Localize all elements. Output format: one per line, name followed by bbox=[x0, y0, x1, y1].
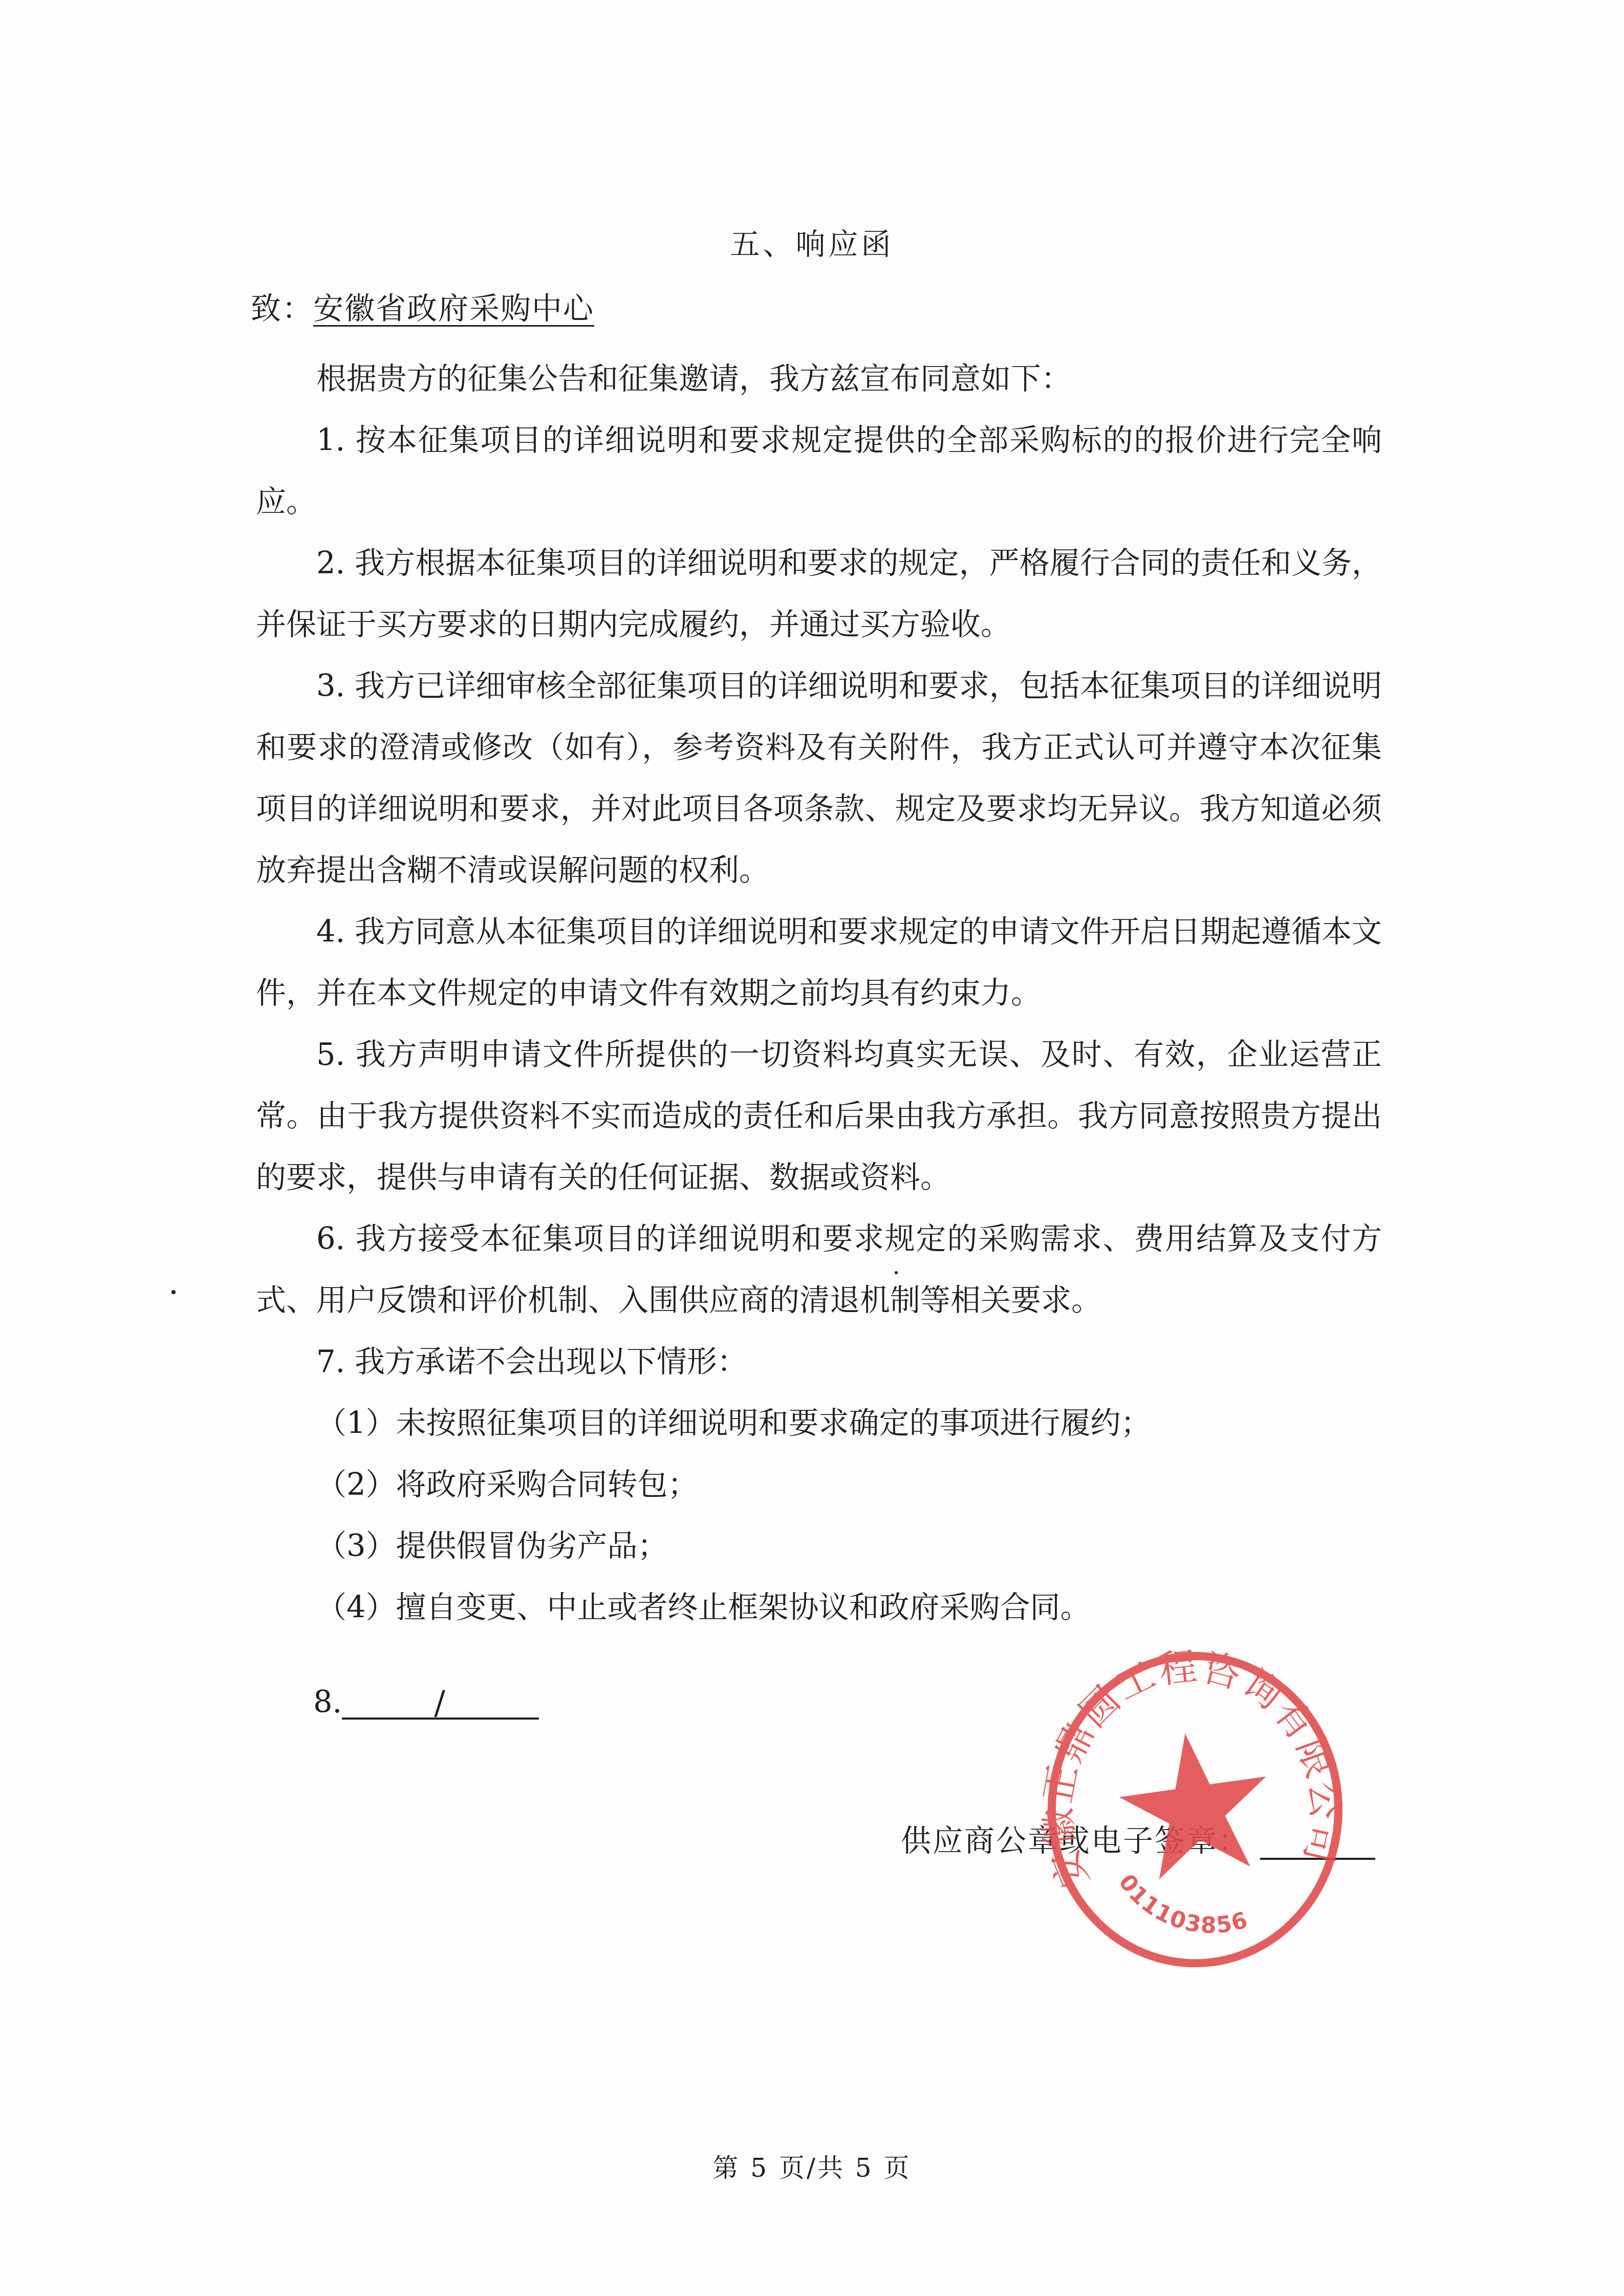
intro-paragraph: 根据贵方的征集公告和征集邀请，我方兹宣布同意如下： bbox=[256, 348, 1382, 410]
item-8: 8./ bbox=[313, 1684, 539, 1720]
sub-item-4: （4）擅自变更、中止或者终止框架协议和政府采购合同。 bbox=[256, 1577, 1382, 1638]
item-7: 7. 我方承诺不会出现以下情形： bbox=[256, 1331, 1382, 1392]
item-8-value: / bbox=[434, 1684, 445, 1722]
item-8-label: 8. bbox=[313, 1684, 342, 1720]
addressee-name: 安徽省政府采购中心 bbox=[313, 291, 594, 326]
item-2: 2. 我方根据本征集项目的详细说明和要求的规定，严格履行合同的责任和义务，并保证… bbox=[256, 532, 1382, 655]
addressee-line: 致：安徽省政府采购中心 bbox=[251, 284, 594, 328]
sub-item-1: （1）未按照征集项目的详细说明和要求确定的事项进行履约； bbox=[256, 1392, 1382, 1454]
sub-item-2: （2）将政府采购合同转包； bbox=[256, 1454, 1382, 1515]
item-1: 1. 按本征集项目的详细说明和要求规定提供的全部采购标的的报价进行完全响应。 bbox=[256, 410, 1382, 532]
item-8-blank: / bbox=[342, 1687, 539, 1720]
item-3: 3. 我方已详细审核全部征集项目的详细说明和要求，包括本征集项目的详细说明和要求… bbox=[256, 655, 1382, 901]
item-6: 6. 我方接受本征集项目的详细说明和要求规定的采购需求、费用结算及支付方式、用户… bbox=[256, 1208, 1382, 1331]
section-title: 五、响应函 bbox=[0, 220, 1624, 263]
item-5: 5. 我方声明申请文件所提供的一切资料均真实无误、及时、有效，企业运营正常。由于… bbox=[256, 1024, 1382, 1208]
scan-speck bbox=[171, 1290, 176, 1294]
addressee-prefix: 致： bbox=[251, 291, 313, 326]
scan-speck bbox=[895, 1271, 898, 1274]
page-footer: 第 5 页/共 5 页 bbox=[0, 2148, 1624, 2184]
document-page: 五、响应函 致：安徽省政府采购中心 根据贵方的征集公告和征集邀请，我方兹宣布同意… bbox=[0, 0, 1624, 2296]
item-4: 4. 我方同意从本征集项目的详细说明和要求规定的申请文件开启日期起遵循本文件，并… bbox=[256, 901, 1382, 1024]
company-seal-icon: 安徽正鼎圆工程咨询有限公司 0111038560 bbox=[1042, 1641, 1349, 1968]
sub-item-3: （3）提供假冒伪劣产品； bbox=[256, 1515, 1382, 1577]
letter-body: 根据贵方的征集公告和征集邀请，我方兹宣布同意如下： 1. 按本征集项目的详细说明… bbox=[256, 348, 1382, 1638]
